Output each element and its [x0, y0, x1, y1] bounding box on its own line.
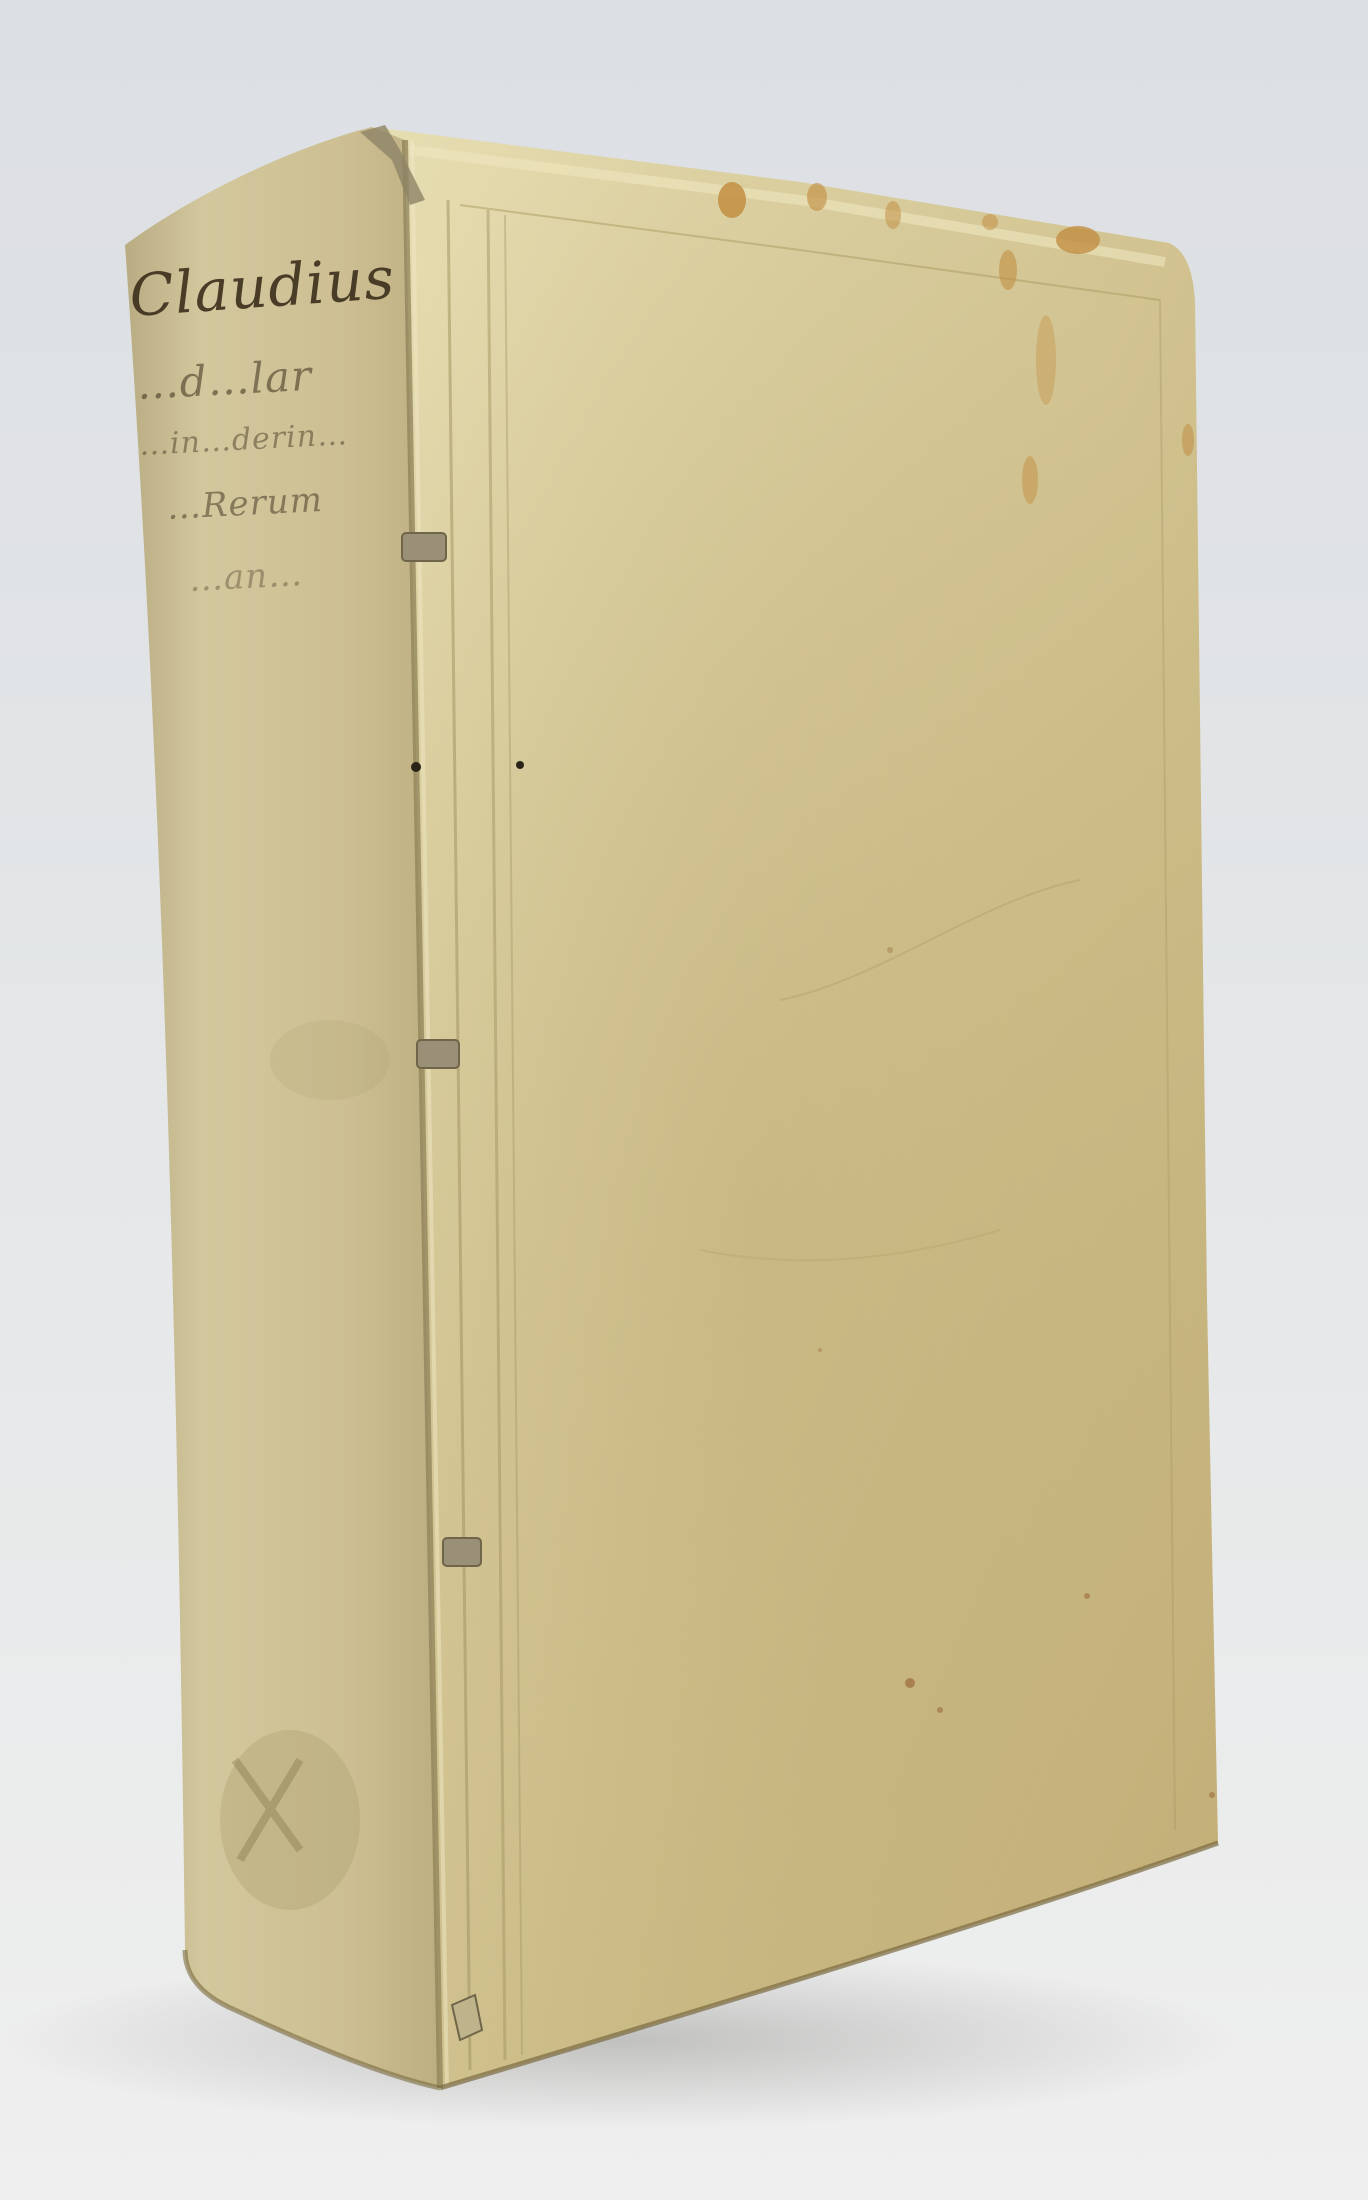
cover-discoloration: [372, 127, 1218, 2088]
spine-title-line-2: …d…lar: [135, 351, 313, 409]
thong-2: [417, 1040, 459, 1068]
book-illustration: [0, 0, 1368, 2200]
wormhole: [516, 761, 524, 769]
thong-3: [443, 1538, 481, 1566]
wormhole: [411, 762, 421, 772]
spine-smudge: [270, 1020, 390, 1100]
thong-1: [402, 533, 446, 561]
spine-title-line-5: …an…: [188, 554, 304, 600]
spine-smudge: [220, 1730, 360, 1910]
spine-title-line-4: …Rerum: [166, 480, 324, 528]
book-photo: Claudius …d…lar …in…derin… …Rerum …an…: [0, 0, 1368, 2200]
